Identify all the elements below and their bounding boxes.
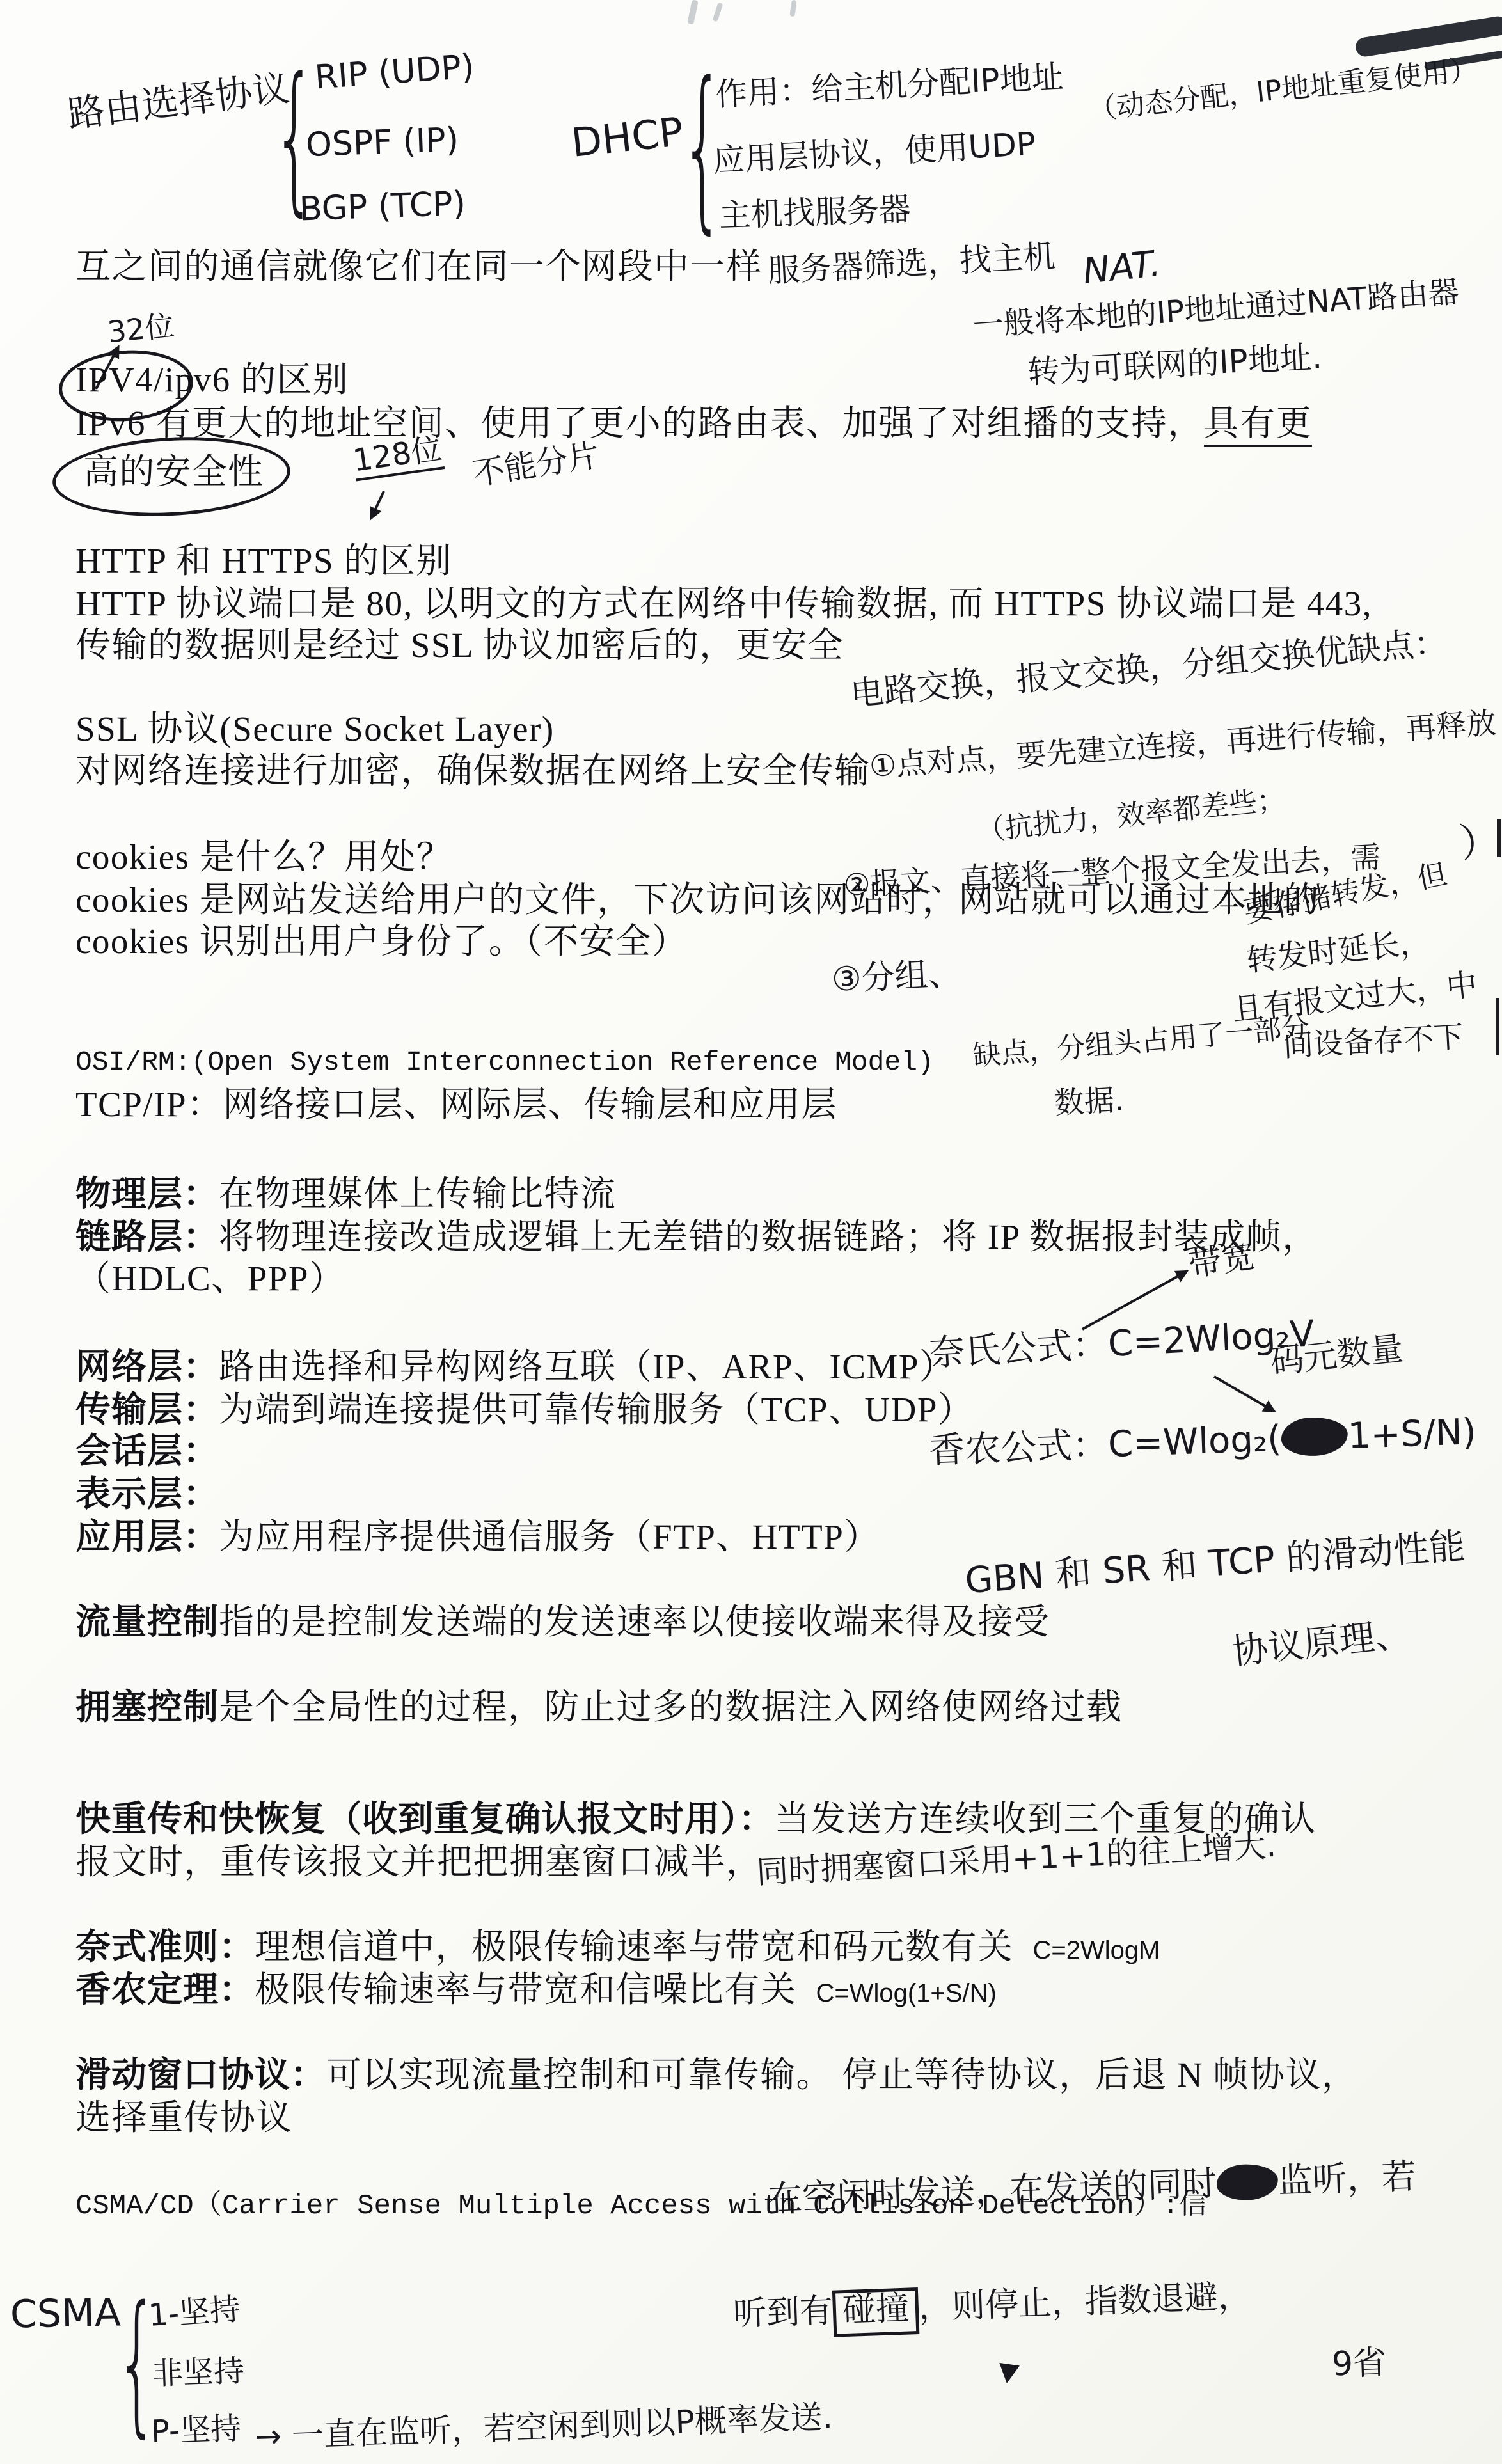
faint-pencil-mark: [789, 0, 797, 17]
printed-line-ipv-title: IPV4/ipv6 的区别: [75, 359, 349, 400]
ipv6-underlined-text: 具有更: [1204, 404, 1313, 447]
csma-collision-text-b: ，则停止，指数退避，: [918, 2277, 1252, 2327]
printed-nyquist: 奈式准则：理想信道中，极限传输速率与带宽和码元数有关C=2WlogM: [75, 1927, 1160, 1967]
printed-sliding-window-1: 滑动窗口协议：可以实现流量控制和可靠传输。 停止等待协议，后退 N 帧协议，: [75, 2055, 1358, 2095]
printed-congestion-control: 拥塞控制是个全局性的过程，防止过多的数据注入网络使网络过载: [75, 1687, 1123, 1727]
printed-link-layer-2: （HDLC、PPP）: [75, 1258, 345, 1299]
note-bandwidth: 带宽: [1187, 1239, 1258, 1283]
note-packet-data: 数据.: [1054, 1084, 1125, 1119]
presentation-layer-lead: 表示层：: [75, 1474, 219, 1513]
shannon-formula-left: 香农公式：C=Wlog₂(: [928, 1418, 1282, 1472]
printed-line-ipv6-advantages: IPv6 有更大的地址空间、使用了更小的路由表、加强了对组播的支持，具有更: [75, 403, 1312, 443]
printed-application-layer: 应用层：为应用程序提供通信服务（FTP、HTTP）: [75, 1517, 880, 1557]
note-shannon-formula: 香农公式：C=Wlog₂(1+S/N): [928, 1412, 1476, 1471]
arrow-icon-128bit: [370, 491, 385, 518]
note-csma-collision-stop: 听到有碰撞，则停止，指数退避，: [732, 2276, 1252, 2341]
congestion-control-lead: 拥塞控制: [75, 1687, 219, 1726]
printed-csma-cd-line: CSMA/CD（Carrier Sense Multiple Access wi…: [75, 2190, 1207, 2223]
congestion-control-text: 是个全局性的过程，防止过多的数据注入网络使网络过载: [219, 1687, 1123, 1726]
printed-shannon: 香农定理：极限传输速率与带宽和信噪比有关C=Wlog(1+S/N): [75, 1970, 997, 2010]
note-packet-drawback: 缺点，分组头占用了一部分: [972, 1013, 1311, 1071]
printed-osi-line: OSI/RM:(Open System Interconnection Refe…: [75, 1046, 934, 1078]
note-csma-1-persistent: 1-坚持: [147, 2293, 241, 2332]
network-layer-text: 路由选择和异构网络互联（IP、ARP、ICMP）: [219, 1347, 955, 1386]
printed-flow-control: 流量控制指的是控制发送端的发送速率以使接收端来得及接受: [75, 1602, 1050, 1642]
note-dhcp-purpose: 作用：给主机分配IP地址: [715, 60, 1064, 112]
ipv6-adv-text: IPv6 有更大的地址空间、使用了更小的路由表、加强了对组播的支持，: [75, 404, 1204, 443]
note-nat-title: NAT.: [1081, 246, 1162, 291]
scanned-notes-page: 路由选择协议 { RIP (UDP) OSPF (IP) BGP (TCP) D…: [0, 0, 1502, 2464]
fast-retransmit-lead: 快重传和快恢复（收到重复确认报文时用）：: [75, 1799, 775, 1838]
printed-cookies-title: cookies 是什么？用处？: [75, 837, 452, 877]
application-layer-lead: 应用层：: [75, 1517, 219, 1556]
note-32bit: 32位: [106, 310, 176, 348]
note-backoff-small: 9省: [1331, 2346, 1387, 2383]
faint-pencil-mark: [713, 2, 723, 22]
network-layer-lead: 网络层：: [75, 1347, 219, 1386]
note-ospf-ip: OSPF (IP): [305, 123, 459, 163]
note-nyquist-formula: 奈氏公式：C=2Wlog₂V: [928, 1315, 1315, 1373]
session-layer-lead: 会话层：: [75, 1431, 219, 1471]
physical-layer-lead: 物理层：: [75, 1174, 219, 1213]
note-nat-line2: 转为可联网的IP地址.: [1027, 340, 1323, 390]
ink-scribble: [1281, 1416, 1348, 1457]
link-layer-text: 将物理连接改造成逻辑上无差错的数据链路；将 IP 数据报封装成帧，: [219, 1217, 1318, 1256]
flow-control-lead: 流量控制: [75, 1602, 219, 1641]
note-packet-switching: ③分组、: [831, 956, 962, 998]
note-csma-p-persistent-desc: → 一直在监听，若空闲到则以P概率发送.: [254, 2400, 833, 2454]
nyquist-text: 理想信道中，极限传输速率与带宽和码元数有关: [255, 1927, 1014, 1966]
printed-http-p1: HTTP 协议端口是 80, 以明文的方式在网络中传输数据, 而 HTTPS 协…: [75, 583, 1372, 624]
printed-cookies-p2: cookies 识别出用户身份了。（不安全）: [75, 921, 688, 961]
printed-transport-layer: 传输层：为端到端连接提供可靠传输服务（TCP、UDP）: [75, 1389, 974, 1430]
faint-pencil-mark: [687, 0, 699, 25]
note-dhcp-dynamic: （动态分配，IP地址重复使用）: [1087, 55, 1479, 125]
printed-fast-retransmit-2: 报文时，重传该报文并把把拥塞窗口减半，: [75, 1842, 763, 1882]
shannon-formula: C=Wlog(1+S/N): [816, 1979, 997, 2007]
shannon-text: 极限传输速率与带宽和信噪比有关: [255, 1970, 797, 2009]
printed-ssl-p: 对网络连接进行加密，确保数据在网络上安全传输: [75, 750, 871, 791]
note-protocol-principle: 协议原理、: [1231, 1616, 1413, 1672]
physical-layer-text: 在物理媒体上传输比特流: [219, 1174, 617, 1213]
shannon-lead: 香农定理：: [75, 1970, 255, 2009]
printed-network-layer: 网络层：路由选择和异构网络互联（IP、ARP、ICMP）: [75, 1347, 955, 1387]
printed-physical-layer: 物理层：在物理媒体上传输比特流: [75, 1174, 617, 1214]
note-gbn-sr-tcp: GBN 和 SR 和 TCP 的滑动性能: [964, 1528, 1466, 1600]
note-bgp-tcp: BGP (TCP): [299, 186, 466, 227]
triangle-mark: [997, 2363, 1020, 2385]
note-circuit-drawback: （抗扰力，效率都差些；: [976, 785, 1286, 847]
printed-tcpip-line: TCP/IP：网络接口层、网际层、传输层和应用层: [75, 1084, 837, 1125]
sliding-window-lead: 滑动窗口协议：: [75, 2055, 326, 2094]
note-csma-p-persistent: P-坚持: [150, 2413, 242, 2448]
nyquist-lead: 奈式准则：: [75, 1927, 255, 1966]
note-dhcp-host-finds-server: 主机找服务器: [718, 193, 912, 233]
ipv4-circled-text: IPV4: [75, 360, 154, 399]
printed-http-title: HTTP 和 HTTPS 的区别: [75, 541, 452, 581]
arrow-icon-to-symbol-count: [1213, 1375, 1275, 1412]
printed-sliding-window-2: 选择重传协议: [75, 2097, 292, 2138]
note-csma-nonpersistent: 非坚持: [152, 2355, 245, 2390]
printed-ssl-title: SSL 协议(Secure Socket Layer): [75, 709, 555, 749]
note-nat-line1: 一般将本地的IP地址通过NAT路由器: [972, 276, 1460, 342]
pen-streak: [1354, 15, 1502, 58]
note-no-fragmentation: 不能分片: [470, 438, 602, 491]
sliding-window-text: 可以实现流量控制和可靠传输。 停止等待协议，后退 N 帧协议，: [326, 2055, 1357, 2094]
transport-layer-text: 为端到端连接提供可靠传输服务（TCP、UDP）: [219, 1390, 974, 1429]
note-forward-delay: 转发时延长，: [1245, 926, 1432, 977]
csma-collision-text-a: 听到有: [732, 2292, 834, 2334]
shannon-formula-right: 1+S/N): [1347, 1411, 1477, 1457]
printed-link-layer: 链路层：将物理连接改造成逻辑上无差错的数据链路；将 IP 数据报封装成帧，: [75, 1217, 1318, 1257]
printed-cookies-p1: cookies 是网站发送给用户的文件，下次访问该网站时，网站就可以通过本地的: [75, 880, 1320, 920]
note-server-filters: 服务器筛选，找主机: [767, 239, 1056, 288]
printed-session-layer: 会话层：: [75, 1431, 219, 1471]
flow-control-text: 指的是控制发送端的发送速率以使接收端来得及接受: [219, 1602, 1050, 1641]
link-layer-lead: 链路层：: [75, 1217, 219, 1256]
ipv-title-rest: /ipv6 的区别: [154, 360, 349, 399]
note-switching-title: 电路交换，报文交换，分组交换优缺点：: [849, 625, 1448, 712]
printed-fast-retransmit-1: 快重传和快恢复（收到重复确认报文时用）：当发送方连续收到三个重复的确认: [75, 1799, 1316, 1839]
note-rip-udp: RIP (UDP): [313, 49, 475, 95]
printed-presentation-layer: 表示层：: [75, 1474, 219, 1514]
note-csma-label: CSMA: [10, 2293, 121, 2335]
transport-layer-lead: 传输层：: [75, 1389, 219, 1429]
note-dhcp-udp: 应用层协议，使用UDP: [712, 127, 1036, 178]
printed-http-p2: 传输的数据则是经过 SSL 协议加密后的，更安全: [75, 625, 844, 665]
csma-collision-boxed-word: 碰撞: [832, 2287, 919, 2337]
csma-listen-text-b: 监听，若: [1277, 2156, 1417, 2201]
printed-line-security: 高的安全性: [83, 452, 264, 492]
note-routing-protocols-label: 路由选择协议: [66, 68, 292, 134]
printed-line-intercomm: 互之间的通信就像它们在同一个网段中一样: [75, 246, 763, 287]
nyquist-formula: C=2WlogM: [1033, 1936, 1160, 1964]
note-dhcp-label: DHCP: [569, 111, 685, 164]
cut-off-ink-mark: [1496, 998, 1499, 1055]
note-circuit-switching: ①点对点，要先建立连接，再进行传输，再释放: [868, 707, 1497, 783]
application-layer-text: 为应用程序提供通信服务（FTP、HTTP）: [219, 1517, 880, 1556]
ink-scribble: [1216, 2163, 1279, 2201]
note-close-paren: ）: [1457, 817, 1502, 864]
